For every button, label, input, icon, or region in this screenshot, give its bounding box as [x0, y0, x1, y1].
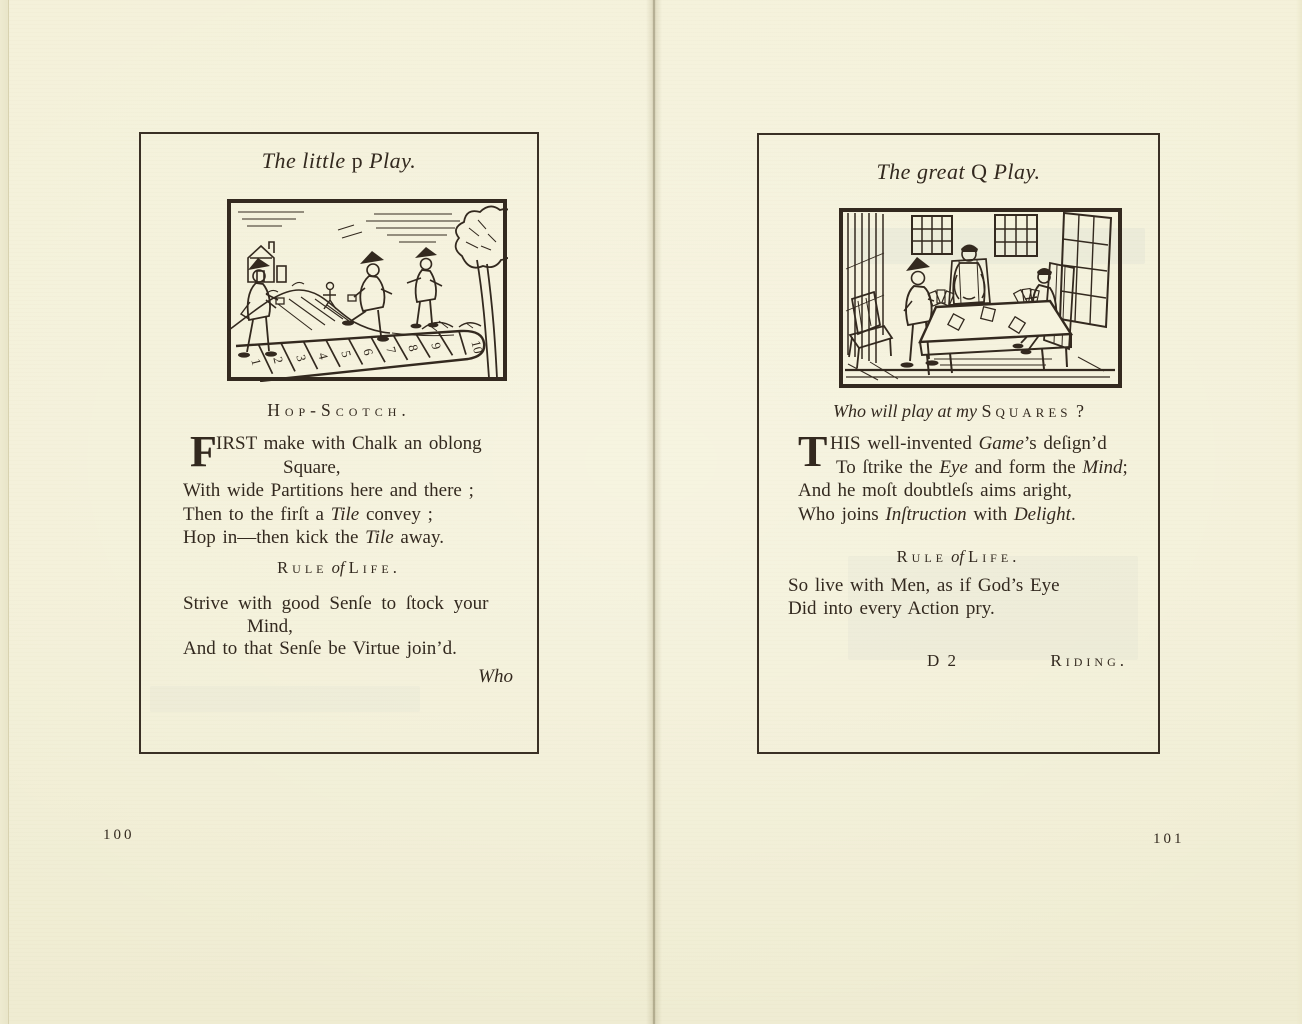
text-segment: Life. — [349, 558, 401, 577]
page-edge-left — [0, 0, 9, 1024]
text-segment: HIS well-invented — [830, 433, 979, 454]
text-segment: Play. — [987, 159, 1040, 184]
left-page-frame: The little p Play. — [139, 132, 539, 754]
hopscotch-verse: F IRST make with Chalk an oblong Square,… — [183, 432, 533, 550]
text-segment: Rule — [897, 547, 947, 566]
verse-line: And he moſt doubtleſs aims aright, — [798, 479, 1148, 503]
text-segment: And to that Senſe be Virtue join’d. — [183, 638, 457, 659]
rule-line: Did into every Action pry. — [788, 598, 1143, 621]
text-segment: Rule — [277, 558, 327, 577]
right-page-frame: The great Q Play. — [757, 133, 1160, 754]
text-segment: . — [1071, 504, 1076, 525]
text-segment: Game — [979, 433, 1024, 454]
catchword: Riding. — [1050, 651, 1128, 671]
text-segment: And he moſt doubtleſs aims aright, — [798, 480, 1072, 501]
rule-line: And to that Senſe be Virtue join’d. — [183, 638, 533, 661]
court-number: 3 — [293, 353, 309, 363]
hopscotch-heading: Hop-Scotch. — [141, 400, 537, 421]
text-segment: The little — [262, 148, 352, 173]
rule-of-life-verse: Strive with good Senſe to ſtock your Min… — [183, 593, 533, 661]
verse-line: Then to the firſt a Tile convey ; — [183, 503, 533, 527]
text-segment: Who joins — [798, 504, 885, 525]
text-segment: Eye — [939, 457, 967, 478]
squares-game-woodcut — [838, 207, 1123, 389]
rule-line: Mind, — [183, 616, 533, 639]
book-spread: The little p Play. — [0, 0, 1302, 1024]
text-segment: away. — [394, 527, 444, 548]
signature-mark: D 2 — [927, 651, 958, 671]
text-segment: of — [328, 558, 349, 577]
right-page-title: The great Q Play. — [759, 159, 1158, 185]
text-segment: Square, — [283, 457, 341, 478]
text-segment: Tile — [365, 527, 394, 548]
squares-heading: Who will play at my Squares ? — [759, 401, 1158, 422]
side-window — [1060, 213, 1111, 327]
court-number: 10 — [469, 339, 487, 355]
verse-line: Square, — [183, 456, 533, 480]
court-number: 4 — [315, 351, 331, 361]
center-fold — [646, 0, 662, 1024]
text-segment: convey ; — [359, 504, 433, 525]
text-segment: Inſtruction — [885, 504, 966, 525]
text-segment: Life. — [968, 547, 1020, 566]
text-segment: with — [967, 504, 1014, 525]
squares-verse: T HIS well-invented Game’s deſign’d To ſ… — [798, 432, 1148, 526]
text-segment: of — [947, 547, 968, 566]
game-table — [920, 301, 1071, 375]
verse-line: Hop in—then kick the Tile away. — [183, 526, 533, 550]
rule-of-life-heading: Rule of Life. — [141, 558, 537, 578]
text-segment: Hop in—then kick the — [183, 527, 365, 548]
text-segment: Q — [971, 159, 987, 184]
text-segment: IRST make with Chalk an oblong — [216, 433, 482, 454]
distant-figure — [323, 283, 336, 310]
text-segment: ; — [1123, 457, 1128, 478]
drop-cap-t: T — [798, 434, 827, 470]
catchword: Who — [478, 666, 513, 688]
text-segment: ’s deſign’d — [1024, 433, 1107, 454]
window-left — [912, 216, 952, 254]
text-segment: Did into every Action pry. — [788, 598, 995, 619]
text-segment: Tile — [331, 504, 360, 525]
verse-line: HIS well-invented Game’s deſign’d — [798, 432, 1148, 456]
hopscotch-woodcut: 1 2 3 4 5 6 7 8 9 10 — [226, 198, 508, 382]
squares-game-woodcut-svg — [838, 207, 1123, 389]
text-segment: Mind — [1082, 457, 1122, 478]
text-segment: Squares — [981, 401, 1071, 421]
page-edge-right — [1296, 0, 1302, 1024]
court-number: 6 — [360, 347, 376, 357]
left-page-title: The little p Play. — [141, 148, 537, 174]
court-number: 9 — [428, 341, 444, 351]
text-segment: and form the — [968, 457, 1083, 478]
verse-line: To ſtrike the Eye and form the Mind; — [798, 456, 1148, 480]
verse-line: With wide Partitions here and there ; — [183, 479, 533, 503]
hill — [229, 282, 390, 333]
court-number: 7 — [383, 345, 399, 355]
center-player — [953, 245, 985, 305]
page-number-right: 101 — [1153, 831, 1185, 848]
text-segment: The great — [876, 159, 971, 184]
text-segment: ? — [1072, 401, 1085, 421]
text-segment: Delight — [1014, 504, 1071, 525]
drop-cap-f: F — [190, 434, 217, 470]
hopscotch-woodcut-svg: 1 2 3 4 5 6 7 8 9 10 — [226, 198, 508, 382]
text-segment: p — [352, 148, 364, 173]
window-right — [995, 215, 1037, 256]
text-segment: Play. — [363, 148, 416, 173]
rule-of-life-heading: Rule of Life. — [759, 547, 1158, 567]
court-number: 1 — [248, 357, 264, 367]
page-number-left: 100 — [103, 827, 135, 844]
verse-line: Who joins Inſtruction with Delight. — [798, 503, 1148, 527]
text-segment: Who will play at my — [833, 401, 981, 421]
text-segment: Then to the firſt a — [183, 504, 331, 525]
rule-line: Strive with good Senſe to ſtock your — [183, 593, 533, 616]
rule-of-life-verse: So live with Men, as if God’s Eye Did in… — [788, 575, 1143, 620]
court-number: 8 — [405, 343, 421, 353]
text-segment: So live with Men, as if God’s Eye — [788, 575, 1060, 596]
text-segment: Mind, — [247, 616, 293, 637]
rule-line: So live with Men, as if God’s Eye — [788, 575, 1143, 598]
court-number: 5 — [338, 349, 354, 359]
sky-hatching — [238, 212, 460, 242]
player-figure-3 — [407, 247, 442, 328]
verse-line: IRST make with Chalk an oblong — [183, 432, 533, 456]
floor — [845, 357, 1115, 380]
text-segment: With wide Partitions here and there ; — [183, 480, 474, 501]
text-segment: Strive with good Senſe to ſtock your — [183, 593, 488, 614]
text-segment: To ſtrike the — [836, 457, 939, 478]
